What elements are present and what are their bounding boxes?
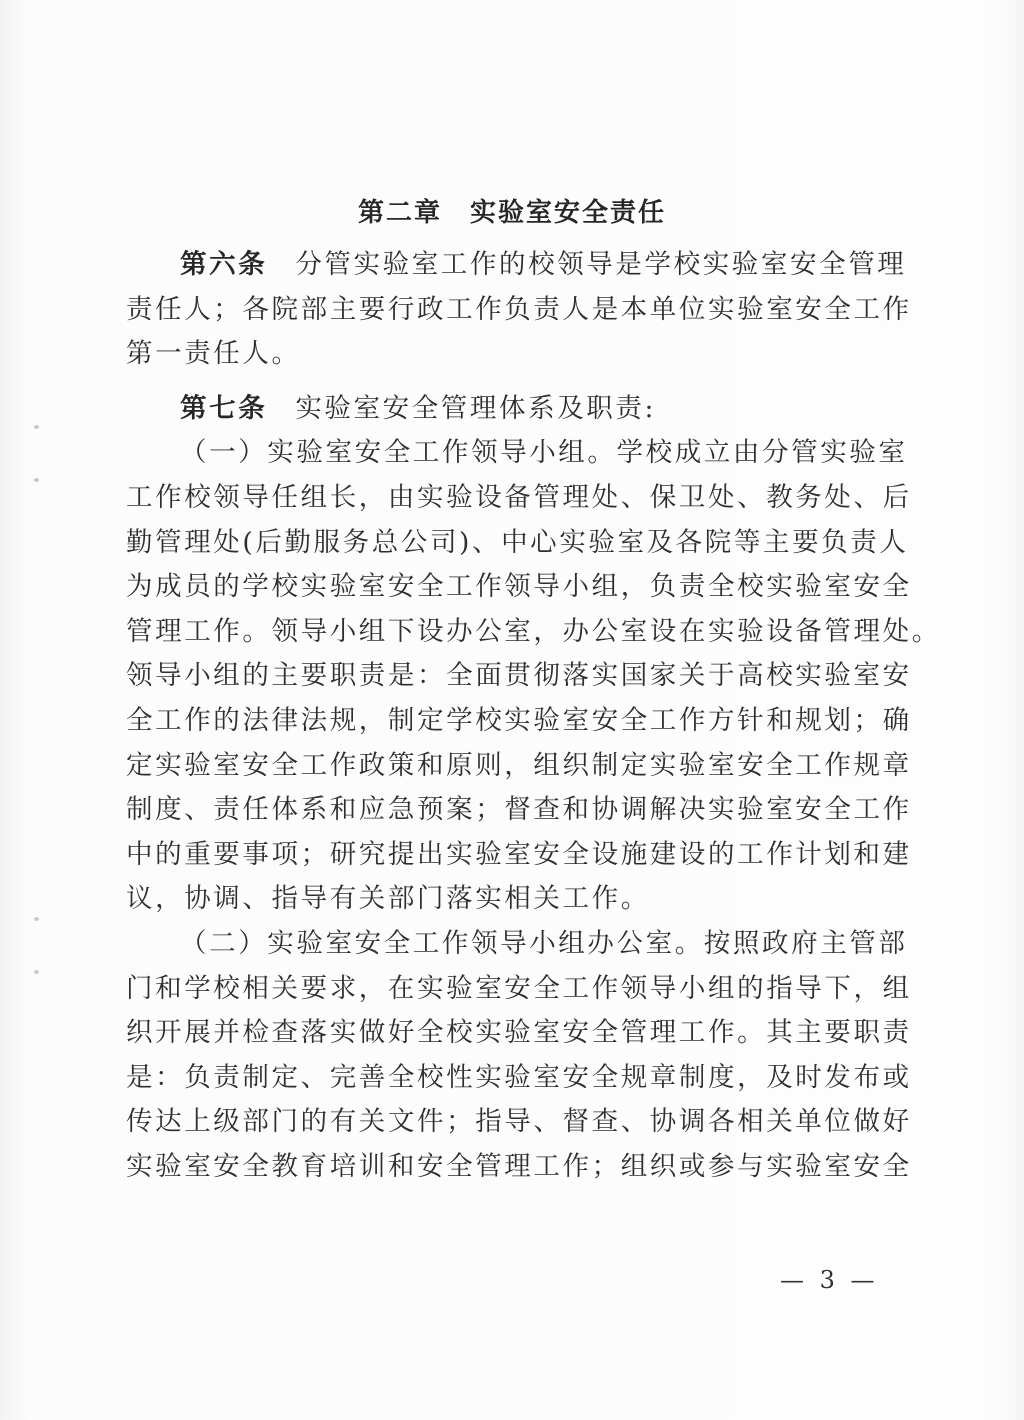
- binding-hole-mark: [34, 425, 39, 429]
- article-7: 第七条实验室安全管理体系及职责:: [126, 387, 862, 432]
- text-line: 全工作的法律法规，制定学校实验室安全工作方针和规划；确: [126, 699, 862, 744]
- text-line: 第六条分管实验室工作的校领导是学校实验室安全管理: [126, 243, 862, 288]
- text-line: 中的重要事项；研究提出实验室安全设施建设的工作计划和建: [126, 833, 862, 878]
- text-line: 定实验室安全工作政策和原则，组织制定实验室安全工作规章: [126, 744, 862, 789]
- clause-1: （一）实验室安全工作领导小组。学校成立由分管实验室 工作校领导任组长，由实验设备…: [126, 431, 862, 922]
- binding-hole-mark: [34, 917, 39, 921]
- article-label: 第六条: [180, 249, 267, 280]
- text-line: 工作校领导任组长，由实验设备管理处、保卫处、教务处、后: [126, 476, 862, 521]
- text-line: 责任人；各院部主要行政工作负责人是本单位实验室安全工作: [126, 288, 862, 333]
- chapter-number: 第二章: [358, 198, 442, 228]
- text-line: （一）实验室安全工作领导小组。学校成立由分管实验室: [126, 431, 862, 476]
- text-line: 织开展并检查落实做好全校实验室安全管理工作。其主要职责: [126, 1011, 862, 1056]
- text-line: 传达上级部门的有关文件；指导、督查、协调各相关单位做好: [126, 1100, 862, 1145]
- article-label: 第七条: [180, 393, 267, 424]
- text-line: 制度、责任体系和应急预案；督查和协调解决实验室安全工作: [126, 788, 862, 833]
- page-number: — 3 —: [780, 1266, 879, 1294]
- binding-hole-mark: [34, 478, 39, 482]
- text-line: 是：负责制定、完善全校性实验室安全规章制度，及时发布或: [126, 1056, 862, 1101]
- text-line: 为成员的学校实验室安全工作领导小组，负责全校实验室安全: [126, 565, 862, 610]
- text-line: 门和学校相关要求，在实验室安全工作领导小组的指导下，组: [126, 967, 862, 1012]
- text-line: 管理工作。领导小组下设办公室，办公室设在实验设备管理处。: [126, 610, 862, 655]
- text-line: 勤管理处(后勤服务总公司)、中心实验室及各院等主要负责人: [126, 521, 862, 566]
- document-page: 第二章实验室安全责任 第六条分管实验室工作的校领导是学校实验室安全管理 责任人；…: [0, 0, 1024, 1420]
- clause-2: （二）实验室安全工作领导小组办公室。按照政府主管部 门和学校相关要求，在实验室安…: [126, 922, 862, 1190]
- article-6: 第六条分管实验室工作的校领导是学校实验室安全管理 责任人；各院部主要行政工作负责…: [126, 243, 862, 377]
- chapter-title: 第二章实验室安全责任: [0, 195, 1024, 231]
- text-line: 领导小组的主要职责是：全面贯彻落实国家关于高校实验室安: [126, 654, 862, 699]
- chapter-name: 实验室安全责任: [470, 198, 666, 228]
- document-body: 第六条分管实验室工作的校领导是学校实验室安全管理 责任人；各院部主要行政工作负责…: [126, 243, 862, 1189]
- text-line: 实验室安全教育培训和安全管理工作；组织或参与实验室安全: [126, 1145, 862, 1190]
- text-line: 第七条实验室安全管理体系及职责:: [126, 387, 862, 432]
- text-line: （二）实验室安全工作领导小组办公室。按照政府主管部: [126, 922, 862, 967]
- text-line: 第一责任人。: [126, 332, 862, 377]
- binding-hole-mark: [34, 970, 39, 974]
- text-line: 议，协调、指导有关部门落实相关工作。: [126, 877, 862, 922]
